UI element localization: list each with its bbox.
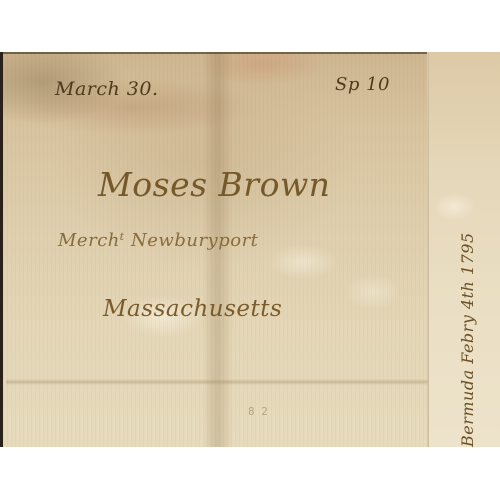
docket-note: Bermuda Febry 4th 1795 — [458, 232, 477, 447]
destination-state: Massachusetts — [103, 296, 282, 322]
letter-cover: March 30. Sp 10 Moses Brown Merchᵗ Newbu… — [0, 52, 500, 447]
date-note: March 30. — [55, 78, 159, 100]
left-shadow-edge — [0, 52, 3, 447]
address-panel: March 30. Sp 10 Moses Brown Merchᵗ Newbu… — [3, 52, 427, 447]
top-shadow-edge — [3, 52, 427, 54]
postage-rate: Sp 10 — [335, 74, 390, 95]
faint-marks: 8 2 — [248, 405, 268, 418]
horizontal-fold-crease — [6, 379, 430, 385]
addressee-name: Moses Brown — [98, 165, 330, 204]
occupation-town: Merchᵗ Newburyport — [58, 230, 258, 251]
